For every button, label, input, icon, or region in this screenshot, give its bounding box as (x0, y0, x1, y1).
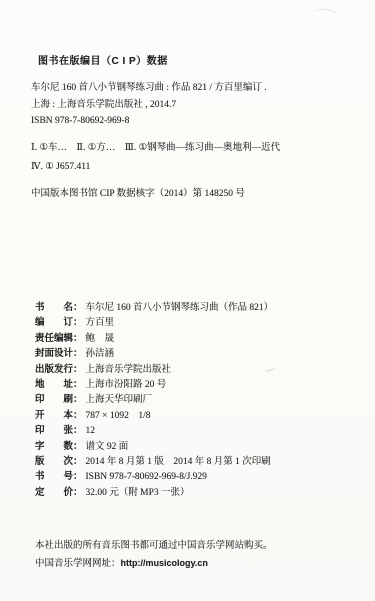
detail-label: 开 本： (35, 407, 83, 421)
detail-row-publisher: 出版发行： 上海音乐学院出版社 (35, 361, 365, 376)
detail-value: 车尔尼 160 首八小节钢琴练习曲（作品 821） (86, 299, 365, 313)
footer-website-line: 中国音乐学网网址：http://musicology.cn (35, 555, 273, 573)
detail-value: ISBN 978-7-80692-969-8/J.929 (86, 472, 365, 482)
detail-value: 32.00 元（附 MP3 一张） (86, 484, 365, 498)
cip-record-line: ISBN 978-7-80692-969-8 (31, 113, 267, 130)
detail-label: 印 刷： (35, 391, 83, 405)
cip-record-number: 中国版本图书馆 CIP 数据核字（2014）第 148250 号 (31, 185, 245, 199)
detail-value: 上海音乐学院出版社 (86, 361, 365, 375)
detail-label: 责任编辑： (35, 330, 83, 344)
cip-record-block: 车尔尼 160 首八小节钢琴练习曲 : 作品 821 / 方百里编订 . 上海 … (31, 80, 267, 130)
detail-row-cover-design: 封面设计： 孙洁涵 (35, 345, 365, 360)
scan-artifact (313, 7, 340, 19)
detail-row-title: 书 名： 车尔尼 160 首八小节钢琴练习曲（作品 821） (35, 299, 365, 314)
cip-record-line: 车尔尼 160 首八小节钢琴练习曲 : 作品 821 / 方百里编订 . (31, 80, 267, 97)
detail-row-responsible-editor: 责任编辑： 鲍 晟 (35, 330, 365, 345)
detail-row-editor: 编 订： 方百里 (35, 314, 365, 329)
detail-value: 12 (86, 426, 365, 436)
footer-purchase-note: 本社出版的所有音乐图书都可通过中国音乐学网站购买。 (35, 538, 273, 555)
detail-value: 787 × 1092 1/8 (86, 407, 365, 421)
detail-row-isbn: 书 号： ISBN 978-7-80692-969-8/J.929 (35, 468, 365, 483)
scanned-copyright-page: 图书在版编目（C I P）数据 车尔尼 160 首八小节钢琴练习曲 : 作品 8… (0, 0, 375, 601)
cip-record-line: 上海 : 上海音乐学院出版社 , 2014.7 (31, 97, 267, 114)
classification-block: Ⅰ. ①车… Ⅱ. ①方… Ⅲ. ①钢琴曲—练习曲—奥地利—近代 Ⅳ. ① J6… (31, 139, 280, 176)
detail-label: 编 订： (35, 314, 83, 328)
detail-row-edition: 版 次： 2014 年 8 月第 1 版 2014 年 8 月第 1 次印刷 (35, 453, 365, 468)
detail-value: 谱文 92 面 (86, 438, 365, 452)
classification-line: Ⅰ. ①车… Ⅱ. ①方… Ⅲ. ①钢琴曲—练习曲—奥地利—近代 (31, 139, 280, 158)
detail-row-sheets: 印 张： 12 (35, 422, 365, 437)
cip-header: 图书在版编目（C I P）数据 (38, 52, 168, 67)
detail-row-price: 定 价： 32.00 元（附 MP3 一张） (35, 484, 365, 499)
detail-label: 出版发行： (35, 361, 83, 375)
detail-label: 定 价： (35, 484, 83, 498)
detail-value: 孙洁涵 (86, 345, 365, 359)
detail-value: 2014 年 8 月第 1 版 2014 年 8 月第 1 次印刷 (86, 453, 365, 467)
classification-line: Ⅳ. ① J657.411 (31, 158, 280, 177)
detail-label: 字 数： (35, 438, 83, 452)
detail-row-printer: 印 刷： 上海天华印刷厂 (35, 391, 365, 406)
detail-label: 版 次： (35, 453, 83, 467)
detail-label: 封面设计： (35, 345, 83, 359)
detail-row-address: 地 址： 上海市汾阳路 20 号 (35, 376, 365, 391)
detail-value: 方百里 (86, 314, 365, 328)
publication-details: 书 名： 车尔尼 160 首八小节钢琴练习曲（作品 821） 编 订： 方百里 … (35, 299, 365, 499)
detail-label: 书 名： (35, 299, 83, 313)
detail-row-word-count: 字 数： 谱文 92 面 (35, 438, 365, 453)
footer-website-url: http://musicology.cn (121, 558, 208, 568)
detail-value: 上海市汾阳路 20 号 (86, 376, 365, 390)
detail-row-format: 开 本： 787 × 1092 1/8 (35, 407, 365, 422)
footer-website-label: 中国音乐学网网址： (35, 559, 121, 569)
footer-note: 本社出版的所有音乐图书都可通过中国音乐学网站购买。 中国音乐学网网址：http:… (35, 538, 273, 572)
detail-label: 书 号： (35, 468, 83, 482)
detail-label: 印 张： (35, 422, 83, 436)
detail-value: 上海天华印刷厂 (86, 391, 365, 405)
detail-label: 地 址： (35, 376, 83, 390)
detail-value: 鲍 晟 (86, 330, 365, 344)
